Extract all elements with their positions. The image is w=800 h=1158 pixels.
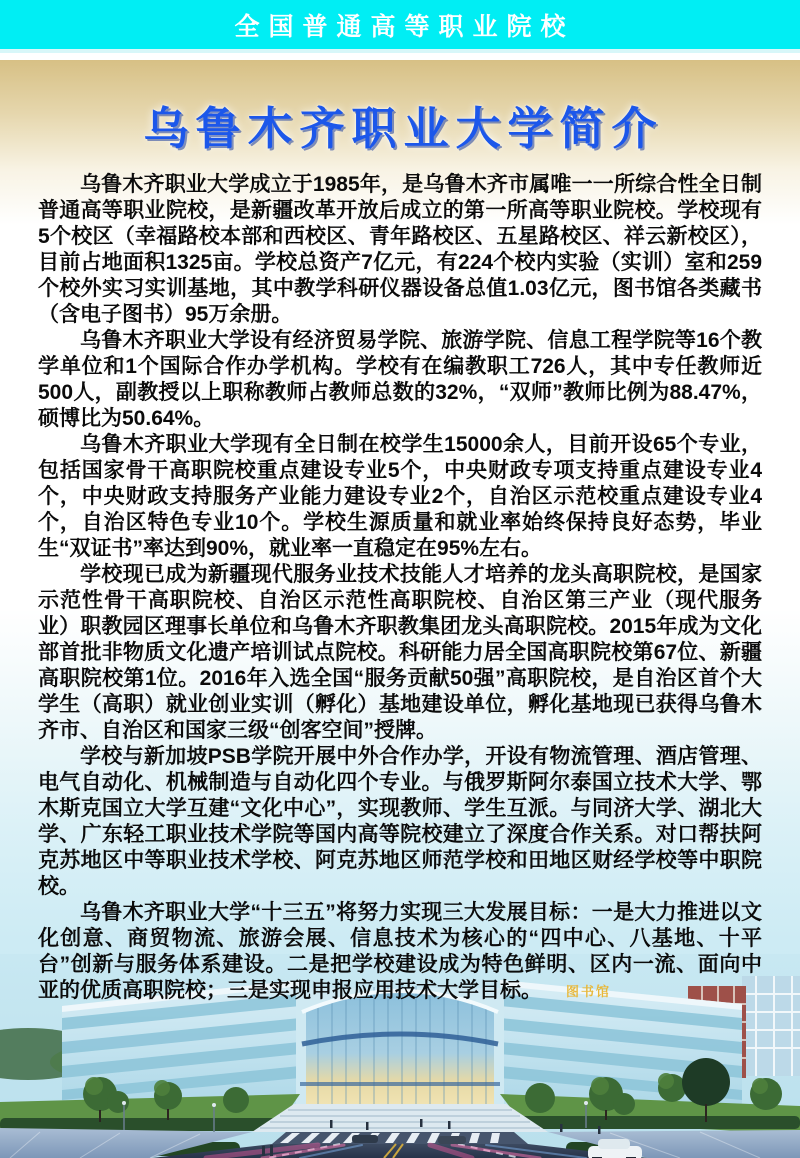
page-title: 乌鲁木齐职业大学简介 — [0, 104, 800, 154]
paragraph-founding: 乌鲁木齐职业大学成立于1985年，是乌鲁木齐市属唯一一所综合性全日制普通高等职业… — [38, 172, 762, 328]
banner-text: 全国普通高等职业院校 — [225, 7, 574, 43]
paragraph-cooperation: 学校与新加坡PSB学院开展中外合作办学，开设有物流管理、酒店管理、电气自动化、机… — [38, 744, 762, 900]
document-body: 乌鲁木齐职业大学简介 乌鲁木齐职业大学成立于1985年，是乌鲁木齐市属唯一一所综… — [0, 60, 800, 1158]
top-banner: 全国普通高等职业院校 — [0, 0, 800, 49]
paragraph-achievements: 学校现已成为新疆现代服务业技术技能人才培养的龙头高职院校，是国家示范性骨干高职院… — [38, 562, 762, 744]
page: 全国普通高等职业院校 乌鲁木齐职业大学简介 乌鲁木齐职业大学成立于1985年，是… — [0, 0, 800, 1158]
paragraph-faculty: 乌鲁木齐职业大学设有经济贸易学院、旅游学院、信息工程学院等16个教学单位和1个国… — [38, 328, 762, 432]
paragraph-students-majors: 乌鲁木齐职业大学现有全日制在校学生15000余人，目前开设65个专业，包括国家骨… — [38, 432, 762, 562]
banner-divider-white — [0, 53, 800, 60]
paragraph-goals: 乌鲁木齐职业大学“十三五”将努力实现三大发展目标：一是大力推进以文化创意、商贸物… — [38, 900, 762, 1004]
photo-rotunda — [306, 991, 494, 1104]
intro-paragraphs: 乌鲁木齐职业大学成立于1985年，是乌鲁木齐市属唯一一所综合性全日制普通高等职业… — [38, 172, 762, 1004]
